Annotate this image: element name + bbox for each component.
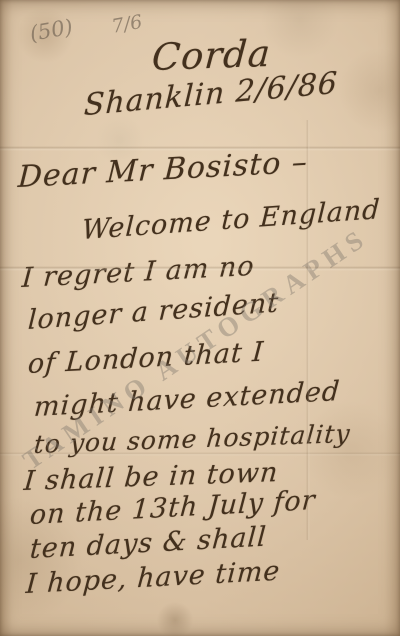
- letter-body-line: might have extended: [33, 376, 341, 423]
- letter-salutation: Dear Mr Bosisto –: [17, 145, 309, 195]
- letter-body-line: to you some hospitality: [33, 419, 352, 459]
- letter-body-line: of London that I: [27, 337, 265, 381]
- pencil-price-mark: 7/6: [110, 11, 144, 38]
- letter-body-line: Welcome to England: [81, 194, 381, 246]
- letter-body-line: I regret I am no: [21, 251, 256, 294]
- letter-page: (50) 7/6 Corda Shanklin 2/6/86 Dear Mr B…: [0, 0, 400, 636]
- fold-crease: [306, 120, 310, 540]
- pencil-lot-number: (50): [28, 15, 75, 46]
- letter-body-line: longer a resident: [27, 287, 280, 336]
